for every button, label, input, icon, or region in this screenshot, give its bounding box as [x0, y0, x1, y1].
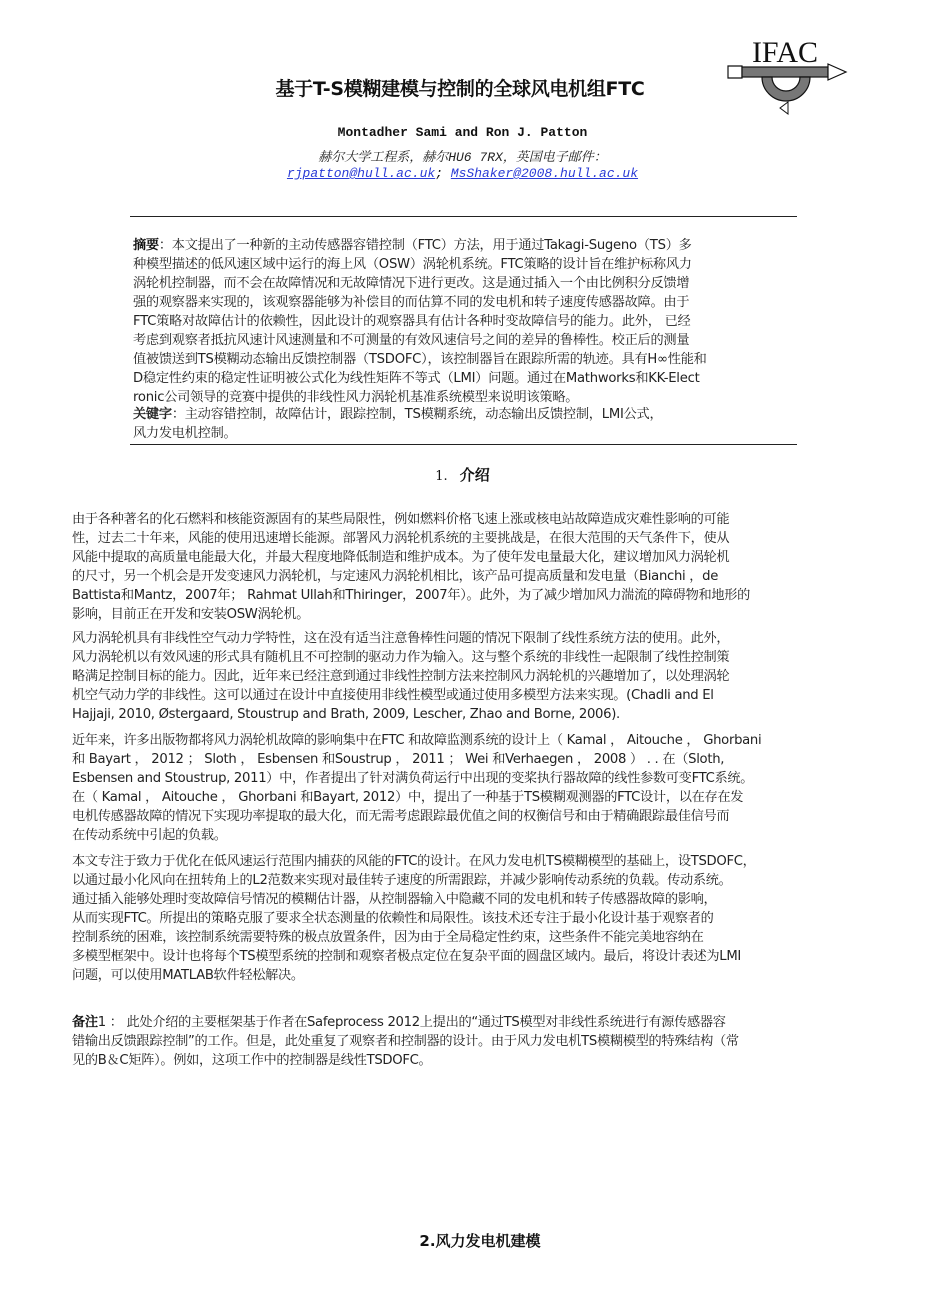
ifac-logo-icon: IFAC [722, 36, 848, 120]
paragraph-3: 近年来，许多出版物都将风力涡轮机故障的影响集中在FTC 和故障监测系统的设计上（… [72, 731, 872, 845]
top-rule [130, 216, 797, 217]
section-1-heading: 1.介绍 [0, 464, 925, 485]
paragraph-line: 影响，目前正在开发和安装OSW涡轮机。 [72, 605, 872, 624]
paragraph-line: 略满足控制目标的能力。因此，近年来已经注意到通过非线性控制方法来控制风力涡轮机的… [72, 667, 872, 686]
abstract-line: ：本文提出了一种新的主动传感器容错控制（FTC）方法，用于通过Takagi-Su… [159, 238, 692, 253]
paragraph-line: 和 Bayart ， 2012 ； Sloth ， Esbensen 和Sous… [72, 750, 872, 769]
emails: rjpatton@hull.ac.uk; MsShaker@2008.hull.… [0, 166, 925, 181]
paragraph-2: 风力涡轮机具有非线性空气动力学特性，这在没有适当注意鲁棒性问题的情况下限制了线性… [72, 629, 872, 724]
affiliation: 赫尔大学工程系，赫尔HU6 7RX，英国电子邮件： [0, 146, 925, 165]
paragraph-line: 机空气动力学的非线性。这可以通过在设计中直接使用非线性模型或通过使用多模型方法来… [72, 686, 872, 705]
keywords-line: ：主动容错控制，故障估计，跟踪控制，TS模糊系统，动态输出反馈控制，LMI公式， [172, 407, 663, 422]
paragraph-line: 在传动系统中引起的负载。 [72, 826, 872, 845]
paragraph-line: 以通过最小化风向在扭转角上的L2范数来实现对最佳转子速度的所需跟踪，并减少影响传… [72, 871, 872, 890]
section-title: 介绍 [460, 466, 490, 484]
note-line: 错输出反馈跟踪控制”的工作。但是，此处重复了观察者和控制器的设计。由于风力发电机… [72, 1032, 872, 1051]
note-line: 见的B＆C矩阵）。例如，这项工作中的控制器是线性TSDOFC。 [72, 1051, 872, 1070]
section-2-heading: 2.风力发电机建模 [0, 1230, 925, 1251]
paragraph-line: 本文专注于致力于优化在低风速运行范围内捕获的风能的FTC的设计。在风力发电机TS… [72, 852, 872, 871]
paragraph-line: 从而实现FTC。所提出的策略克服了要求全状态测量的依赖性和局限性。该技术还专注于… [72, 909, 872, 928]
keywords-line: 风力发电机控制。 [133, 424, 801, 443]
email-link-2[interactable]: MsShaker@2008.hull.ac.uk [451, 166, 638, 181]
paragraph-line: 的尺寸，另一个机会是开发变速风力涡轮机，与定速风力涡轮机相比，该产品可提高质量和… [72, 567, 872, 586]
abstract-line: 考虑到观察者抵抗风速计风速测量和不可测量的有效风速信号之间的差异的鲁棒性。校正后… [133, 331, 801, 350]
note-line: 1 ： 此处介绍的主要框架基于作者在Safeprocess 2012上提出的“通… [98, 1015, 726, 1030]
footnote: 备注1 ： 此处介绍的主要框架基于作者在Safeprocess 2012上提出的… [72, 1013, 872, 1070]
abstract-line: 强的观察器来实现的，该观察器能够为补偿目的而估算不同的发电机和转子速度传感器故障… [133, 293, 801, 312]
paragraph-line: 电机传感器故障的情况下实现功率提取的最大化，而无需考虑跟踪最优值之间的权衡信号和… [72, 807, 872, 826]
bottom-rule [130, 444, 797, 445]
paragraph-4: 本文专注于致力于优化在低风速运行范围内捕获的风能的FTC的设计。在风力发电机TS… [72, 852, 872, 985]
authors: Montadher Sami and Ron J. Patton [0, 125, 925, 140]
paragraph-line: 性，过去二十年来，风能的使用迅速增长能源。部署风力涡轮机系统的主要挑战是，在很大… [72, 529, 872, 548]
abstract-line: 涡轮机控制器，而不会在故障情况和无故障情况下进行更改。这是通过插入一个由比例积分… [133, 274, 801, 293]
abstract-line: 值被馈送到TS模糊动态输出反馈控制器（TSDOFC），该控制器旨在跟踪所需的轨迹… [133, 350, 801, 369]
ifac-logo: IFAC [722, 36, 848, 120]
abstract-line: 种模型描述的低风速区域中运行的海上风（OSW）涡轮机系统。FTC策略的设计旨在维… [133, 255, 801, 274]
paragraph-line: 多模型框架中。设计也将每个TS模型系统的控制和观察者极点定位在复杂平面的圆盘区域… [72, 947, 872, 966]
abstract: 摘要：本文提出了一种新的主动传感器容错控制（FTC）方法，用于通过Takagi-… [133, 236, 801, 407]
email-separator: ; [435, 166, 451, 181]
note-label: 备注 [72, 1015, 98, 1030]
paragraph-line: Battista和Mantz，2007年； Rahmat Ullah和Thiri… [72, 586, 872, 605]
paper-title: 基于T-S模糊建模与控制的全球风电机组FTC [150, 74, 770, 101]
abstract-line: D稳定性约束的稳定性证明被公式化为线性矩阵不等式（LMI）问题。通过在Mathw… [133, 369, 801, 388]
paragraph-line: 近年来，许多出版物都将风力涡轮机故障的影响集中在FTC 和故障监测系统的设计上（… [72, 731, 872, 750]
section-number: 1. [435, 469, 447, 484]
paragraph-line: 由于各种著名的化石燃料和核能资源固有的某些局限性，例如燃料价格飞速上涨或核电站故… [72, 510, 872, 529]
paragraph-line: 控制系统的困难，该控制系统需要特殊的极点放置条件，因为由于全局稳定性约束，这些条… [72, 928, 872, 947]
paragraph-1: 由于各种著名的化石燃料和核能资源固有的某些局限性，例如燃料价格飞速上涨或核电站故… [72, 510, 872, 624]
paragraph-line: Esbensen and Stoustrup, 2011）中，作者提出了针对满负… [72, 769, 872, 788]
abstract-label: 摘要 [133, 238, 159, 253]
keywords-label: 关键字 [133, 407, 172, 422]
paragraph-line: 通过插入能够处理时变故障信号情况的模糊估计器，从控制器输入中隐藏不同的发电机和转… [72, 890, 872, 909]
paragraph-line: 在（ Kamal ， Aitouche ， Ghorbani 和Bayart, … [72, 788, 872, 807]
paragraph-line: Hajjaji, 2010, Østergaard, Stoustrup and… [72, 705, 872, 724]
svg-text:IFAC: IFAC [752, 36, 818, 69]
paragraph-line: 风力涡轮机以有效风速的形式具有随机且不可控制的驱动力作为输入。这与整个系统的非线… [72, 648, 872, 667]
paragraph-line: 风能中提取的高质量电能最大化，并最大程度地降低制造和维护成本。为了使年发电量最大… [72, 548, 872, 567]
keywords: 关键字：主动容错控制，故障估计，跟踪控制，TS模糊系统，动态输出反馈控制，LMI… [133, 405, 801, 443]
abstract-line: FTC策略对故障估计的依赖性，因此设计的观察器具有估计各种时变故障信号的能力。此… [133, 312, 801, 331]
paragraph-line: 风力涡轮机具有非线性空气动力学特性，这在没有适当注意鲁棒性问题的情况下限制了线性… [72, 629, 872, 648]
paragraph-line: 问题，可以使用MATLAB软件轻松解决。 [72, 966, 872, 985]
email-link-1[interactable]: rjpatton@hull.ac.uk [287, 166, 435, 181]
